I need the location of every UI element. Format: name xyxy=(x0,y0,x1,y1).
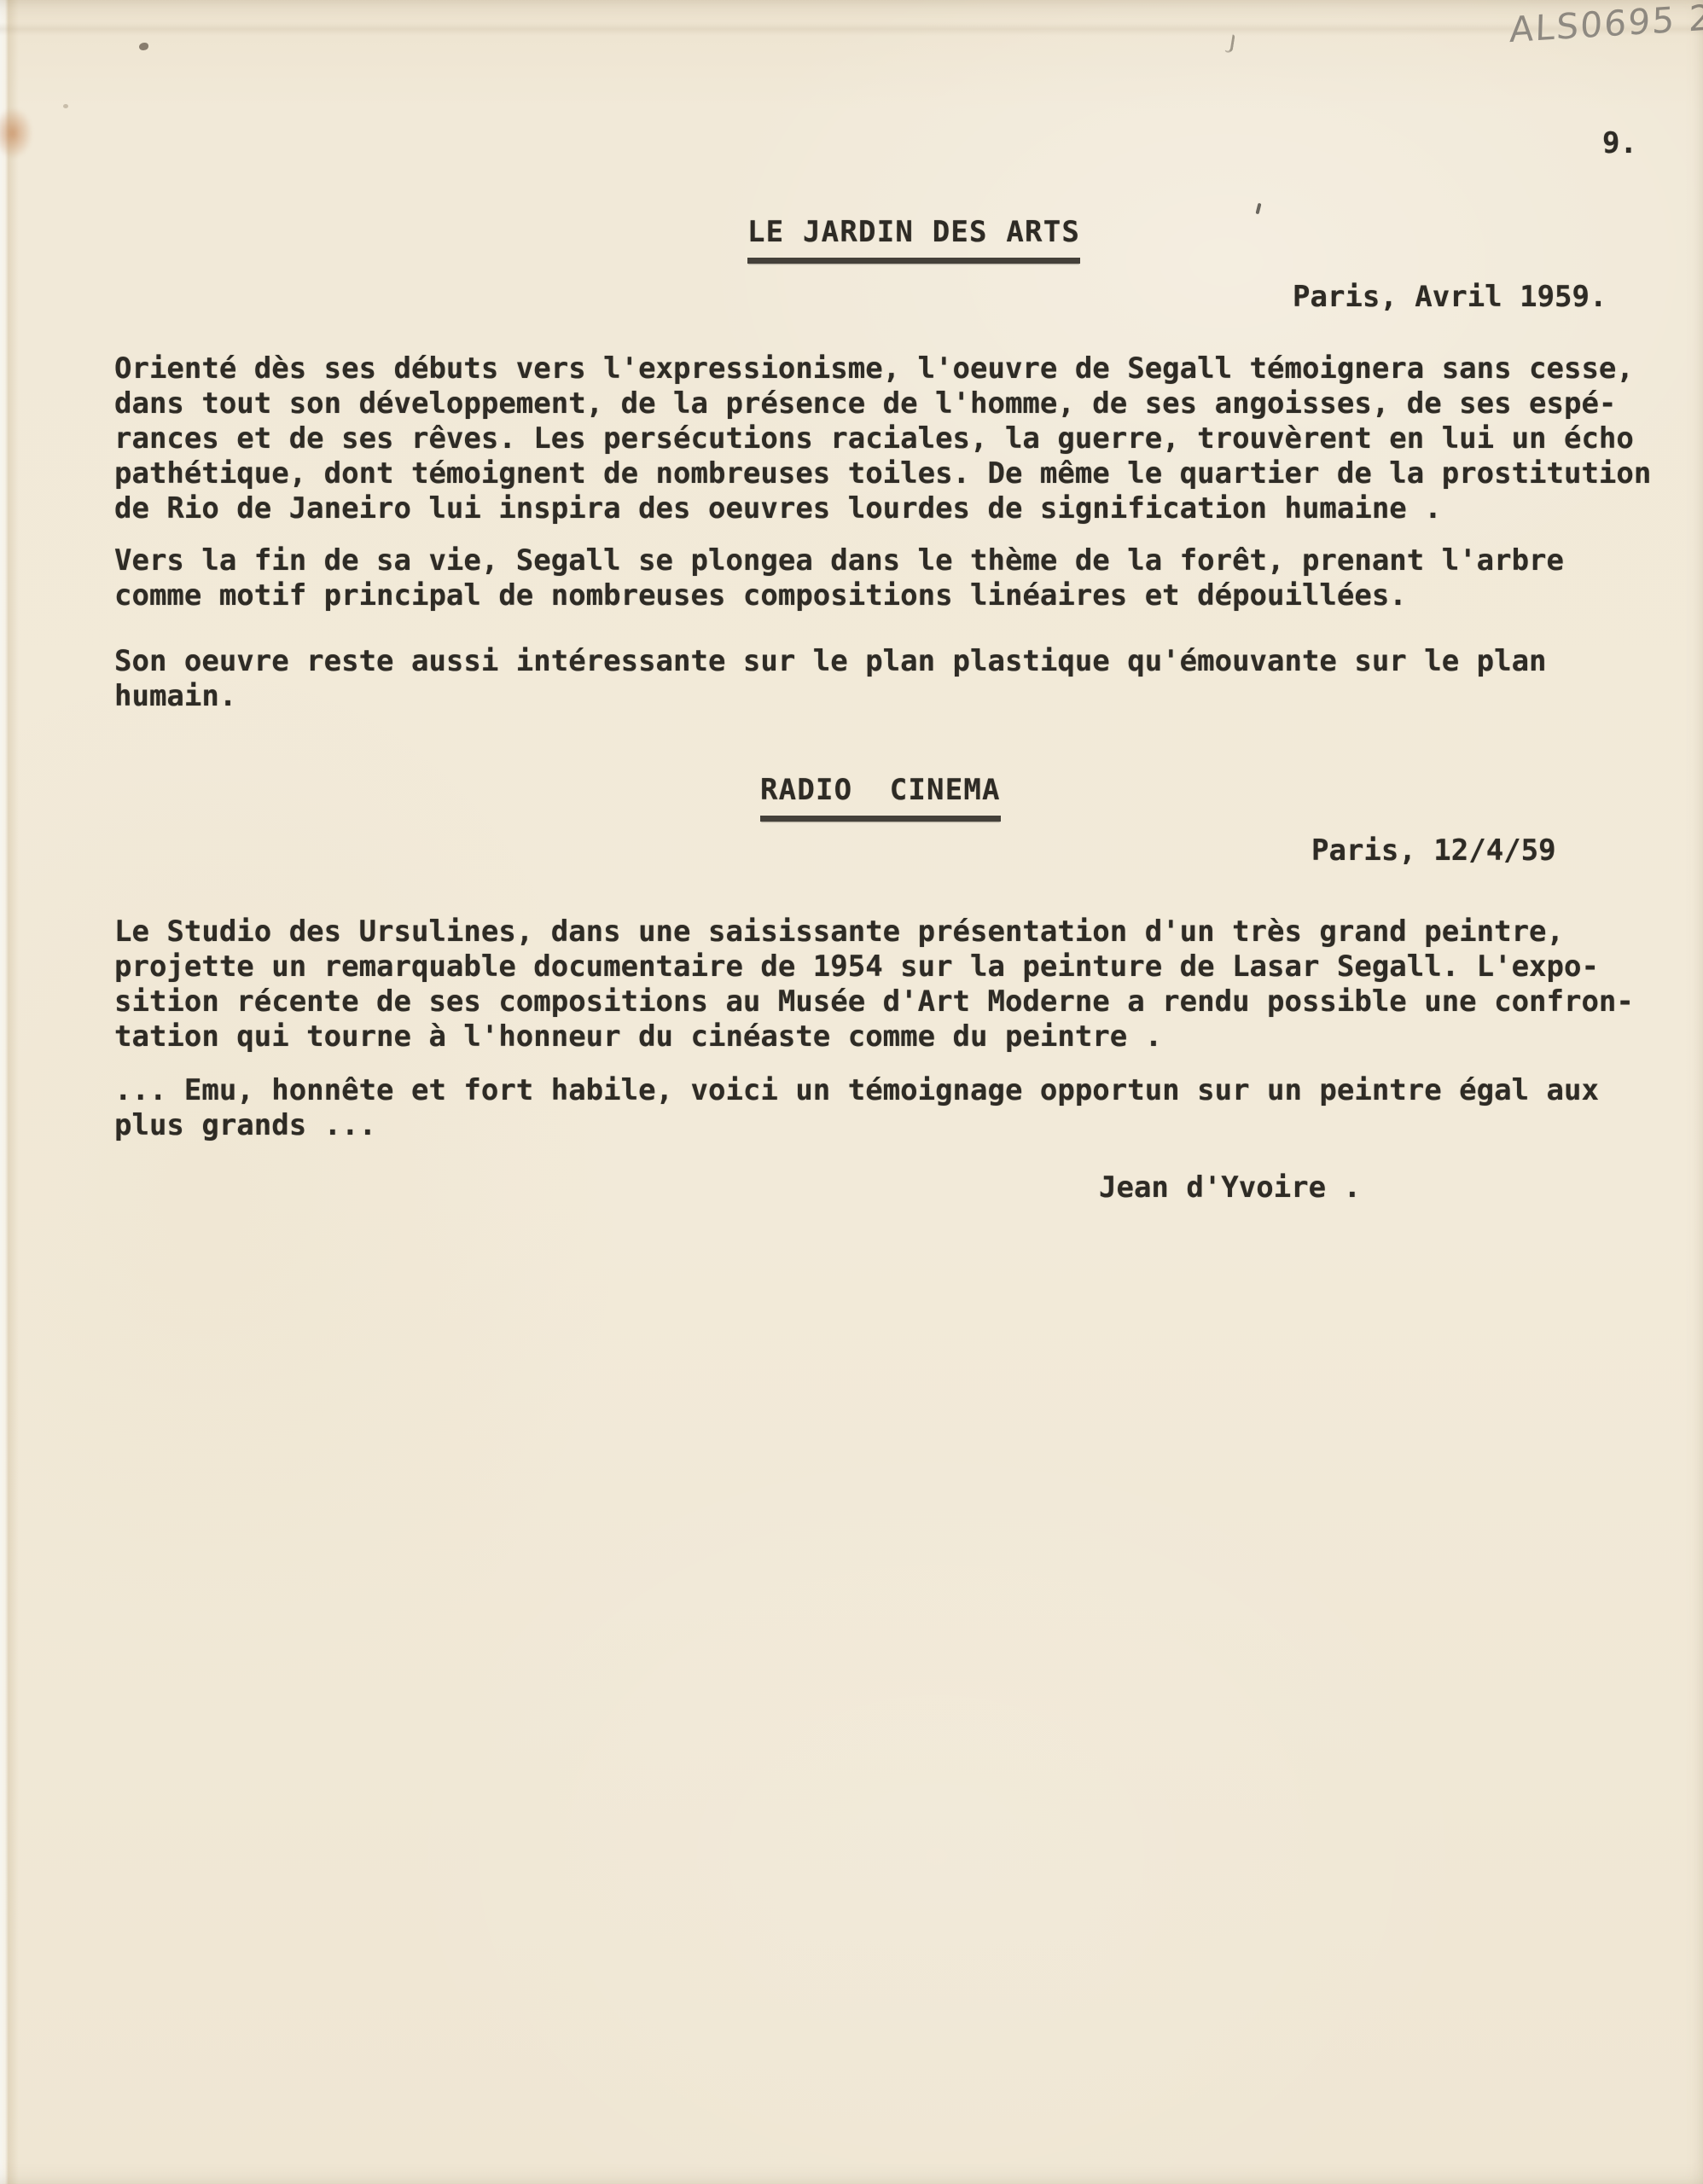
paragraph: Orienté dès ses débuts vers l'expression… xyxy=(114,351,1676,526)
paragraph: Vers la fin de sa vie, Segall se plongea… xyxy=(114,543,1676,613)
paragraph: ... Emu, honnête et fort habile, voici u… xyxy=(114,1073,1676,1143)
ink-speck xyxy=(139,43,148,50)
stray-tick-mark xyxy=(1255,203,1261,215)
page-number: 9. xyxy=(1602,126,1637,161)
dateline-radio-cinema: Paris, 12/4/59 xyxy=(1311,834,1556,868)
signature: Jean d'Yvoire . xyxy=(1099,1170,1361,1205)
dateline-jardin: Paris, Avril 1959. xyxy=(1293,280,1607,315)
section-title-le-jardin-des-arts: LE JARDIN DES ARTS xyxy=(747,215,1080,264)
paper-speck xyxy=(63,104,68,108)
paragraph: Son oeuvre reste aussi intéressante sur … xyxy=(114,644,1676,714)
paper-top-crease xyxy=(0,22,1703,36)
paper-left-edge xyxy=(0,0,19,2184)
scanned-document-page: ALS0695 210/10 9. LE JARDIN DES ARTS Par… xyxy=(0,0,1703,2184)
paragraph: Le Studio des Ursulines, dans une saisis… xyxy=(114,915,1676,1054)
archive-code: ALS0695 2 xyxy=(1509,0,1703,50)
rust-stain xyxy=(0,107,32,159)
archive-code-annotation: ALS0695 210/10 xyxy=(1509,0,1703,50)
section-title-radio-cinema: RADIO CINEMA xyxy=(760,773,1001,822)
stray-ink-mark xyxy=(1224,33,1235,53)
